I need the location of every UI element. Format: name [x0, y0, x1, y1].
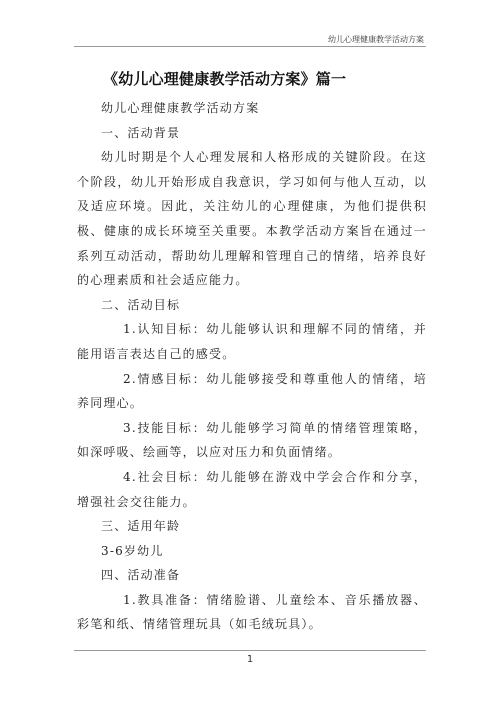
document-subtitle: 幼儿心理健康教学活动方案 — [77, 96, 427, 121]
goal-item-skill: 3.技能目标：幼儿能够学习简单的情绪管理策略，如深呼吸、绘画等，以应对压力和负面… — [77, 416, 427, 465]
paragraph-age: 3-6岁幼儿 — [77, 539, 427, 564]
preparation-item-materials: 1.教具准备：情绪脸谱、儿童绘本、音乐播放器、彩笔和纸、情绪管理玩具（如毛绒玩具… — [77, 588, 427, 637]
section-heading-goals: 二、活动目标 — [77, 293, 427, 318]
section-heading-preparation: 四、活动准备 — [77, 563, 427, 588]
page-number: 1 — [0, 654, 500, 665]
paragraph-background: 幼儿时期是个人心理发展和人格形成的关键阶段。在这个阶段，幼儿开始形成自我意识，学… — [77, 145, 427, 293]
goal-item-social: 4.社会目标：幼儿能够在游戏中学会合作和分享，增强社会交往能力。 — [77, 465, 427, 514]
section-heading-age: 三、适用年龄 — [77, 514, 427, 539]
header-divider — [74, 46, 426, 47]
document-title: 《幼儿心理健康教学活动方案》篇一 — [103, 68, 346, 89]
section-heading-background: 一、活动背景 — [77, 121, 427, 146]
goal-item-emotional: 2.情感目标：幼儿能够接受和尊重他人的情绪，培养同理心。 — [77, 367, 427, 416]
goal-item-cognitive: 1.认知目标：幼儿能够认识和理解不同的情绪，并能用语言表达自己的感受。 — [77, 317, 427, 366]
document-body: 幼儿心理健康教学活动方案 一、活动背景 幼儿时期是个人心理发展和人格形成的关键阶… — [77, 96, 427, 637]
running-header-title: 幼儿心理健康教学活动方案 — [328, 34, 424, 45]
footer-divider — [74, 650, 426, 651]
